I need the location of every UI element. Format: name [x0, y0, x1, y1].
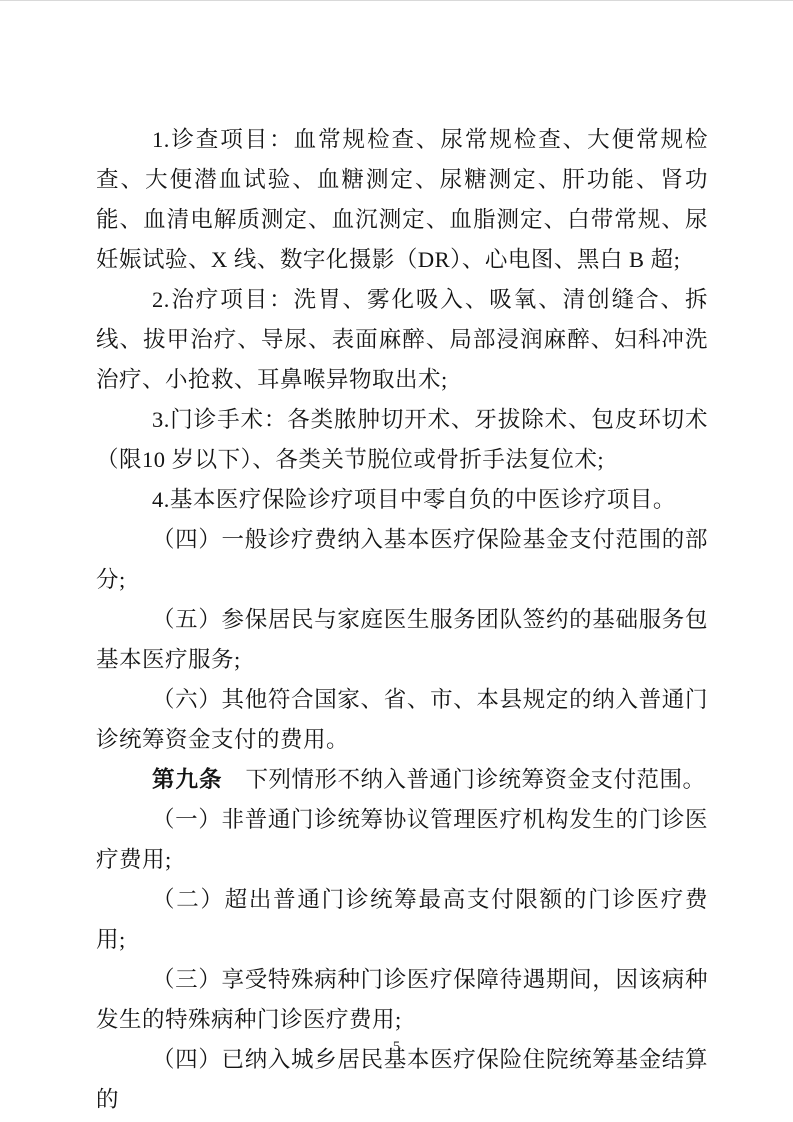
document-body: 1.诊查项目：血常规检查、尿常规检查、大便常规检查、大便潜血试验、血糖测定、尿糖… [96, 120, 708, 1120]
paragraph: 1.诊查项目：血常规检查、尿常规检查、大便常规检查、大便潜血试验、血糖测定、尿糖… [96, 120, 708, 280]
paragraph: （六）其他符合国家、省、市、本县规定的纳入普通门诊统筹资金支付的费用。 [96, 680, 708, 760]
page-number: 5 [0, 1037, 793, 1057]
paragraph: （五）参保居民与家庭医生服务团队签约的基础服务包基本医疗服务; [96, 600, 708, 680]
paragraph: （二）超出普通门诊统筹最高支付限额的门诊医疗费用; [96, 880, 708, 960]
article-number: 第九条 [152, 767, 223, 792]
document-page: 1.诊查项目：血常规检查、尿常规检查、大便常规检查、大便潜血试验、血糖测定、尿糖… [0, 0, 793, 1122]
paragraph: （一）非普通门诊统筹协议管理医疗机构发生的门诊医疗费用; [96, 800, 708, 880]
paragraph: （三）享受特殊病种门诊医疗保障待遇期间，因该病种发生的特殊病种门诊医疗费用; [96, 960, 708, 1040]
paragraph: 4.基本医疗保险诊疗项目中零自负的中医诊疗项目。 [96, 480, 708, 520]
paragraph: 2.治疗项目：洗胃、雾化吸入、吸氧、清创缝合、拆线、拔甲治疗、导尿、表面麻醉、局… [96, 280, 708, 400]
paragraph: （四）一般诊疗费纳入基本医疗保险基金支付范围的部分; [96, 520, 708, 600]
paragraph: 第九条 下列情形不纳入普通门诊统筹资金支付范围。 [96, 760, 708, 800]
paragraph: 3.门诊手术：各类脓肿切开术、牙拔除术、包皮环切术（限10 岁以下）、各类关节脱… [96, 400, 708, 480]
